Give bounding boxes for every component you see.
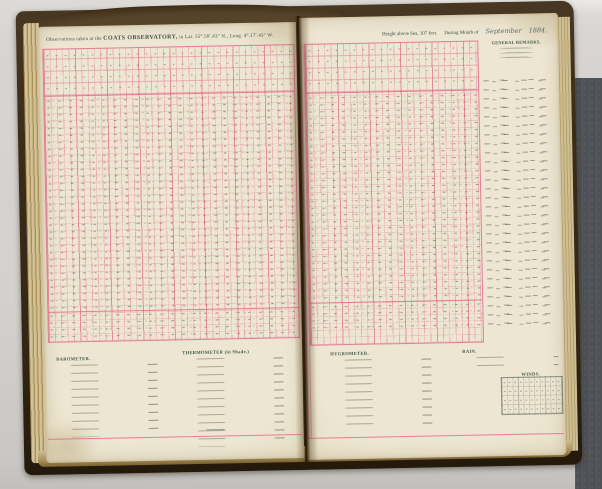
month-handwritten: September <box>485 27 521 36</box>
observatory-name: COATS OBSERVATORY, <box>103 34 178 41</box>
thermometer-summary-rows <box>182 353 302 447</box>
handwritten-totals <box>48 308 299 342</box>
right-page: Height above Sea, 107 feet. During Month… <box>298 13 566 460</box>
handwritten-totals <box>310 300 483 333</box>
table-header-band <box>43 45 294 97</box>
general-remarks-column: GENERAL REMARKS. <box>478 39 560 340</box>
photograph-of-observatory-register: Observations taken at the COATS OBSERVAT… <box>0 0 602 489</box>
handwritten-entries <box>307 92 481 303</box>
winds-summary-box: WINDS. <box>501 371 562 418</box>
right-observation-table <box>304 41 484 346</box>
barometer-summary-box: BAROMETER. <box>56 354 176 440</box>
title-prefix: Observations taken at the <box>46 37 102 43</box>
handwritten-entries <box>45 93 297 310</box>
handwritten-remarks <box>480 75 559 326</box>
remarks-printed-note <box>478 45 554 60</box>
left-observation-table <box>42 44 300 343</box>
remarks-header: GENERAL REMARKS. <box>478 39 554 60</box>
barometer-summary-rows <box>56 359 175 437</box>
hygrometer-summary-rows <box>330 354 459 426</box>
year-handwritten: 1884. <box>529 26 548 34</box>
rain-summary-box: RAIN. <box>462 347 558 371</box>
height-above-sea-label: Height above Sea, 107 feet. <box>382 31 437 37</box>
totals-rows <box>310 299 483 333</box>
rain-summary-rows <box>462 352 558 368</box>
printer-imprint <box>196 427 238 433</box>
left-page: Observations taken at the COATS OBSERVAT… <box>38 22 304 463</box>
bottom-rule-right <box>308 433 564 439</box>
open-ledger-book: Observations taken at the COATS OBSERVAT… <box>16 1 583 476</box>
winds-mini-table <box>501 376 564 415</box>
table-header-band <box>305 42 478 94</box>
totals-rows <box>48 307 299 342</box>
hygrometer-summary-box: HYGROMETER. <box>330 349 459 429</box>
during-month-label: During Month of <box>444 31 478 37</box>
